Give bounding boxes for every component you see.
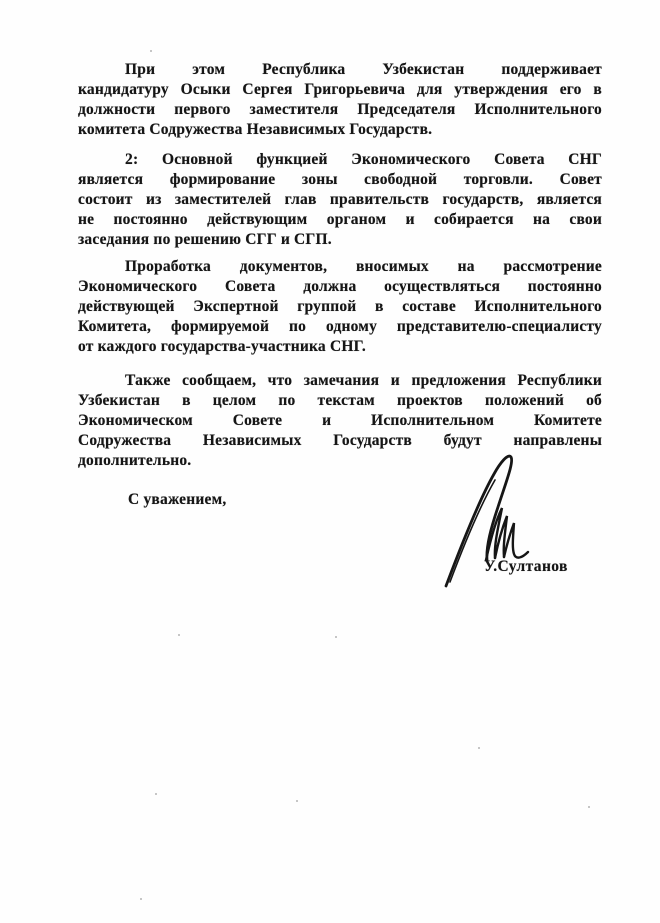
scan-speck bbox=[155, 793, 157, 795]
paragraph-3-line-5: от каждого государства-участника СНГ. bbox=[78, 337, 602, 357]
paragraph-4-line-2: Узбекистан в целом по текстам проектов п… bbox=[78, 391, 602, 411]
paragraph-3-line-1: Проработка документов, вносимых на рассм… bbox=[78, 257, 602, 277]
paragraph-1-line-2: кандидатуру Осыки Сергея Григорьевича дл… bbox=[78, 80, 602, 100]
paragraph-2-line-2: является формирование зоны свободной тор… bbox=[78, 170, 602, 190]
scan-speck bbox=[335, 636, 337, 638]
paragraph-3-line-3: действующей Экспертной группой в составе… bbox=[78, 297, 602, 317]
scan-speck bbox=[140, 898, 142, 900]
paragraph-3: Проработка документов, вносимых на рассм… bbox=[78, 257, 602, 357]
closing-salutation: С уважением, bbox=[128, 491, 226, 509]
scan-speck bbox=[478, 747, 480, 749]
paragraph-2-line-5: заседания по решению СГГ и СГП. bbox=[78, 230, 602, 250]
paragraph-1-line-3: должности первого заместителя Председате… bbox=[78, 100, 602, 120]
scan-speck bbox=[588, 806, 590, 808]
scan-speck bbox=[178, 634, 180, 636]
paragraph-1-line-1: При этом Республика Узбекистан поддержив… bbox=[78, 60, 602, 80]
paragraph-2-line-1: 2: Основной функцией Экономического Сове… bbox=[78, 150, 602, 170]
paragraph-3-line-2: Экономического Совета должна осуществлят… bbox=[78, 277, 602, 297]
paragraph-3-line-4: Комитета, формируемой по одному представ… bbox=[78, 317, 602, 337]
paragraph-2-line-3: состоит из заместителей глав правительст… bbox=[78, 190, 602, 210]
paragraph-4-line-1: Также сообщаем, что замечания и предложе… bbox=[78, 371, 602, 391]
paragraph-2: 2: Основной функцией Экономического Сове… bbox=[78, 150, 602, 250]
paragraph-4-line-3: Экономическом Совете и Исполнительном Ко… bbox=[78, 411, 602, 431]
paragraph-1: При этом Республика Узбекистан поддержив… bbox=[78, 60, 602, 140]
scan-speck bbox=[296, 800, 298, 802]
paragraph-1-line-4: комитета Содружества Независимых Государ… bbox=[78, 120, 602, 140]
signatory-name: У.Султанов bbox=[484, 558, 568, 576]
paragraph-2-line-4: не постоянно действующим органом и собир… bbox=[78, 210, 602, 230]
scan-speck bbox=[150, 50, 152, 52]
scanned-letter-page: При этом Республика Узбекистан поддержив… bbox=[0, 0, 660, 923]
paragraph-4-line-4: Содружества Независимых Государств будут… bbox=[78, 431, 602, 451]
